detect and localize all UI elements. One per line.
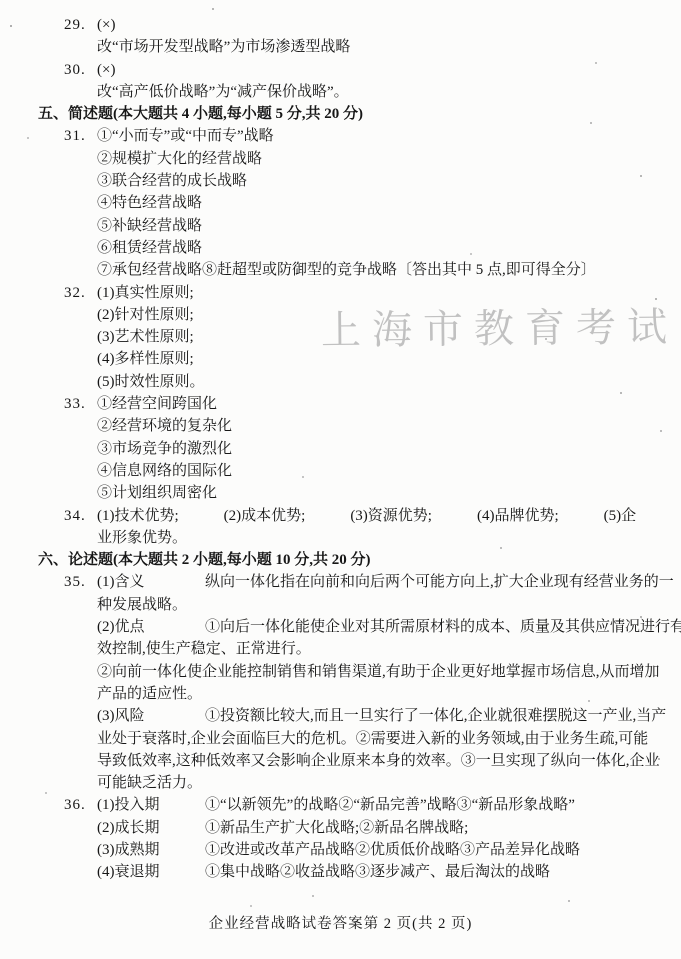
question-number: 32. [64,282,86,304]
answer-text-row: 36.(1)投入期①“以新领先”的战略②“新品完善”战略③“新品形象战略” [0,794,681,816]
line-text: ②经营环境的复杂化 [97,415,232,437]
answer-text-row: 导致低效率,这种低效率又会影响企业原来本身的效率。③一旦实现了纵向一体化,企业 [0,750,681,772]
answer-text-row: (3)艺术性原则; [0,326,681,348]
answer-text-row: 业形象优势。 [0,527,681,549]
answer-text-row: ②向前一体化使企业能控制销售和销售渠道,有助于企业更好地掌握市场信息,从而增加 [0,661,681,683]
answer-text-row: ③联合经营的成长战略 [0,170,681,192]
section-heading-row: 五、简述题(本大题共 4 小题,每小题 5 分,共 20 分) [0,103,681,125]
answer-text-row: 种发展战略。 [0,594,681,616]
answer-text-row: ⑥租赁经营战略 [0,237,681,259]
line-text: ④特色经营战略 [97,192,202,214]
page-footer: 企业经营战略试卷答案第 2 页(共 2 页) [0,912,681,933]
line-text: ⑦承包经营战略⑧赶超型或防御型的竞争战略〔答出其中 5 点,即可得全分〕 [97,259,596,281]
question-number: 31. [64,125,86,147]
answer-part-label: (3)风险 [97,705,145,727]
line-text: 改“市场开发型战略”为市场渗透型战略 [97,36,350,58]
line-text: (4)多样性原则; [97,348,194,370]
scan-noise-dots [0,0,2,2]
answer-part-label: (3)成熟期 [97,839,160,861]
line-text: ④信息网络的国际化 [97,460,232,482]
line-text: ⑥租赁经营战略 [97,237,202,259]
line-text: ①“以新领先”的战略②“新品完善”战略③“新品形象战略” [205,794,575,816]
line-text: (3)艺术性原则; [97,326,194,348]
line-text: (5)时效性原则。 [97,371,205,393]
answer-text-row: ④信息网络的国际化 [0,460,681,482]
answer-part-label: (4)衰退期 [97,861,160,883]
line-text: 可能缺乏活力。 [97,772,202,794]
answer-part-label: (2)成长期 [97,817,160,839]
answer-text-row: 31.①“小而专”或“中而专”战略 [0,125,681,147]
line-text: ①集中战略②收益战略③逐步减产、最后淘汰的战略 [205,861,550,883]
answer-text-row: 可能缺乏活力。 [0,772,681,794]
line-text: 业形象优势。 [97,527,187,549]
answer-text-row: 34.(1)技术优势; (2)成本优势; (3)资源优势; (4)品牌优势; (… [0,505,681,527]
line-text: (1)真实性原则; [97,282,194,304]
answer-text-row: ⑤计划组织周密化 [0,482,681,504]
line-text: ②向前一体化使企业能控制销售和销售渠道,有助于企业更好地掌握市场信息,从而增加 [97,661,660,683]
line-text: (×) [97,59,115,81]
line-text: ①“小而专”或“中而专”战略 [97,125,274,147]
line-text: ③联合经营的成长战略 [97,170,247,192]
question-number: 30. [64,59,86,81]
question-number: 33. [64,393,86,415]
answer-text-row: (4)多样性原则; [0,348,681,370]
answer-text-row: 改“市场开发型战略”为市场渗透型战略 [0,36,681,58]
line-text: (×) [97,14,115,36]
scanned-answer-sheet-page: 上海市教育考试院 29.(×)改“市场开发型战略”为市场渗透型战略30.(×)改… [0,0,681,959]
line-text: ①新品生产扩大化战略;②新品名牌战略; [205,817,468,839]
answer-text-row: 30.(×) [0,59,681,81]
answer-text-row: (3)成熟期①改进或改革产品战略②优质低价战略③产品差异化战略 [0,839,681,861]
line-text: 导致低效率,这种低效率又会影响企业原来本身的效率。③一旦实现了纵向一体化,企业 [97,750,660,772]
section-heading: 六、论述题(本大题共 2 小题,每小题 10 分,共 20 分) [38,549,371,571]
question-number: 36. [64,794,86,816]
line-text: 改“高产低价战略”为“减产保价战略”。 [97,81,349,103]
answer-text-row: ③市场竞争的激烈化 [0,438,681,460]
answer-part-label: (1)含义 [97,571,145,593]
question-number: 29. [64,14,86,36]
line-text: ①投资额比较大,而且一旦实行了一体化,企业就很难摆脱这一产业,当产 [205,705,666,727]
answer-content: 29.(×)改“市场开发型战略”为市场渗透型战略30.(×)改“高产低价战略”为… [0,14,681,884]
answer-text-row: (2)成长期①新品生产扩大化战略;②新品名牌战略; [0,817,681,839]
answer-text-row: (4)衰退期①集中战略②收益战略③逐步减产、最后淘汰的战略 [0,861,681,883]
answer-text-row: 改“高产低价战略”为“减产保价战略”。 [0,81,681,103]
line-text: ③市场竞争的激烈化 [97,438,232,460]
answer-text-row: ⑦承包经营战略⑧赶超型或防御型的竞争战略〔答出其中 5 点,即可得全分〕 [0,259,681,281]
answer-text-row: ④特色经营战略 [0,192,681,214]
answer-text-row: 32.(1)真实性原则; [0,282,681,304]
answer-text-row: (2)优点①向后一体化能使企业对其所需原材料的成本、质量及其供应情况进行有 [0,616,681,638]
answer-text-row: (5)时效性原则。 [0,371,681,393]
answer-part-label: (2)优点 [97,616,145,638]
line-text: ⑤补缺经营战略 [97,215,202,237]
line-text: ①向后一体化能使企业对其所需原材料的成本、质量及其供应情况进行有 [205,616,681,638]
line-text: (2)针对性原则; [97,304,194,326]
answer-text-row: ②经营环境的复杂化 [0,415,681,437]
answer-text-row: (3)风险①投资额比较大,而且一旦实行了一体化,企业就很难摆脱这一产业,当产 [0,705,681,727]
line-text: 产品的适应性。 [97,683,202,705]
answer-text-row: (2)针对性原则; [0,304,681,326]
answer-text-row: 35.(1)含义纵向一体化指在向前和向后两个可能方向上,扩大企业现有经营业务的一 [0,571,681,593]
answer-text-row: ②规模扩大化的经营战略 [0,148,681,170]
line-text: 业处于衰落时,企业会面临巨大的危机。②需要进入新的业务领域,由于业务生疏,可能 [97,728,648,750]
answer-text-row: 33.①经营空间跨国化 [0,393,681,415]
answer-text-row: 效控制,使生产稳定、正常进行。 [0,638,681,660]
answer-part-label: (1)投入期 [97,794,160,816]
section-heading: 五、简述题(本大题共 4 小题,每小题 5 分,共 20 分) [38,103,363,125]
line-text: 种发展战略。 [97,594,187,616]
line-text: 纵向一体化指在向前和向后两个可能方向上,扩大企业现有经营业务的一 [205,571,674,593]
answer-text-row: 29.(×) [0,14,681,36]
line-text: ②规模扩大化的经营战略 [97,148,262,170]
answer-text-row: 业处于衰落时,企业会面临巨大的危机。②需要进入新的业务领域,由于业务生疏,可能 [0,728,681,750]
line-text: ①改进或改革产品战略②优质低价战略③产品差异化战略 [205,839,580,861]
answer-text-row: ⑤补缺经营战略 [0,215,681,237]
section-heading-row: 六、论述题(本大题共 2 小题,每小题 10 分,共 20 分) [0,549,681,571]
line-text: ①经营空间跨国化 [97,393,217,415]
line-text: 效控制,使生产稳定、正常进行。 [97,638,311,660]
line-text: ⑤计划组织周密化 [97,482,217,504]
answer-text-row: 产品的适应性。 [0,683,681,705]
question-number: 35. [64,571,86,593]
question-number: 34. [64,505,86,527]
line-text: (1)技术优势; (2)成本优势; (3)资源优势; (4)品牌优势; (5)企 [97,505,636,527]
